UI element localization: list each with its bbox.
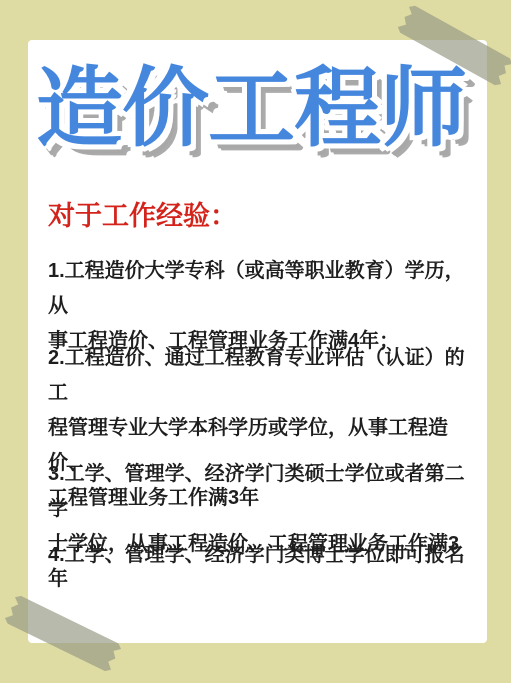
poster-card: 造价工程师 对于工作经验： 1.工程造价大学专科（或高等职业教育）学历，从 事工… bbox=[28, 40, 487, 643]
poster-background: 造价工程师 对于工作经验： 1.工程造价大学专科（或高等职业教育）学历，从 事工… bbox=[0, 0, 511, 683]
requirement-item-3: 3.工学、管理学、经济学门类硕士学位或者第二学 士学位，从事工程造价、工程管理业… bbox=[48, 457, 474, 597]
section-heading-work-experience: 对于工作经验： bbox=[48, 199, 237, 233]
requirement-item-4: 4.工学、管理学、经济学门类博士学位即可报名 bbox=[48, 538, 474, 573]
poster-title: 造价工程师 bbox=[36, 64, 481, 154]
